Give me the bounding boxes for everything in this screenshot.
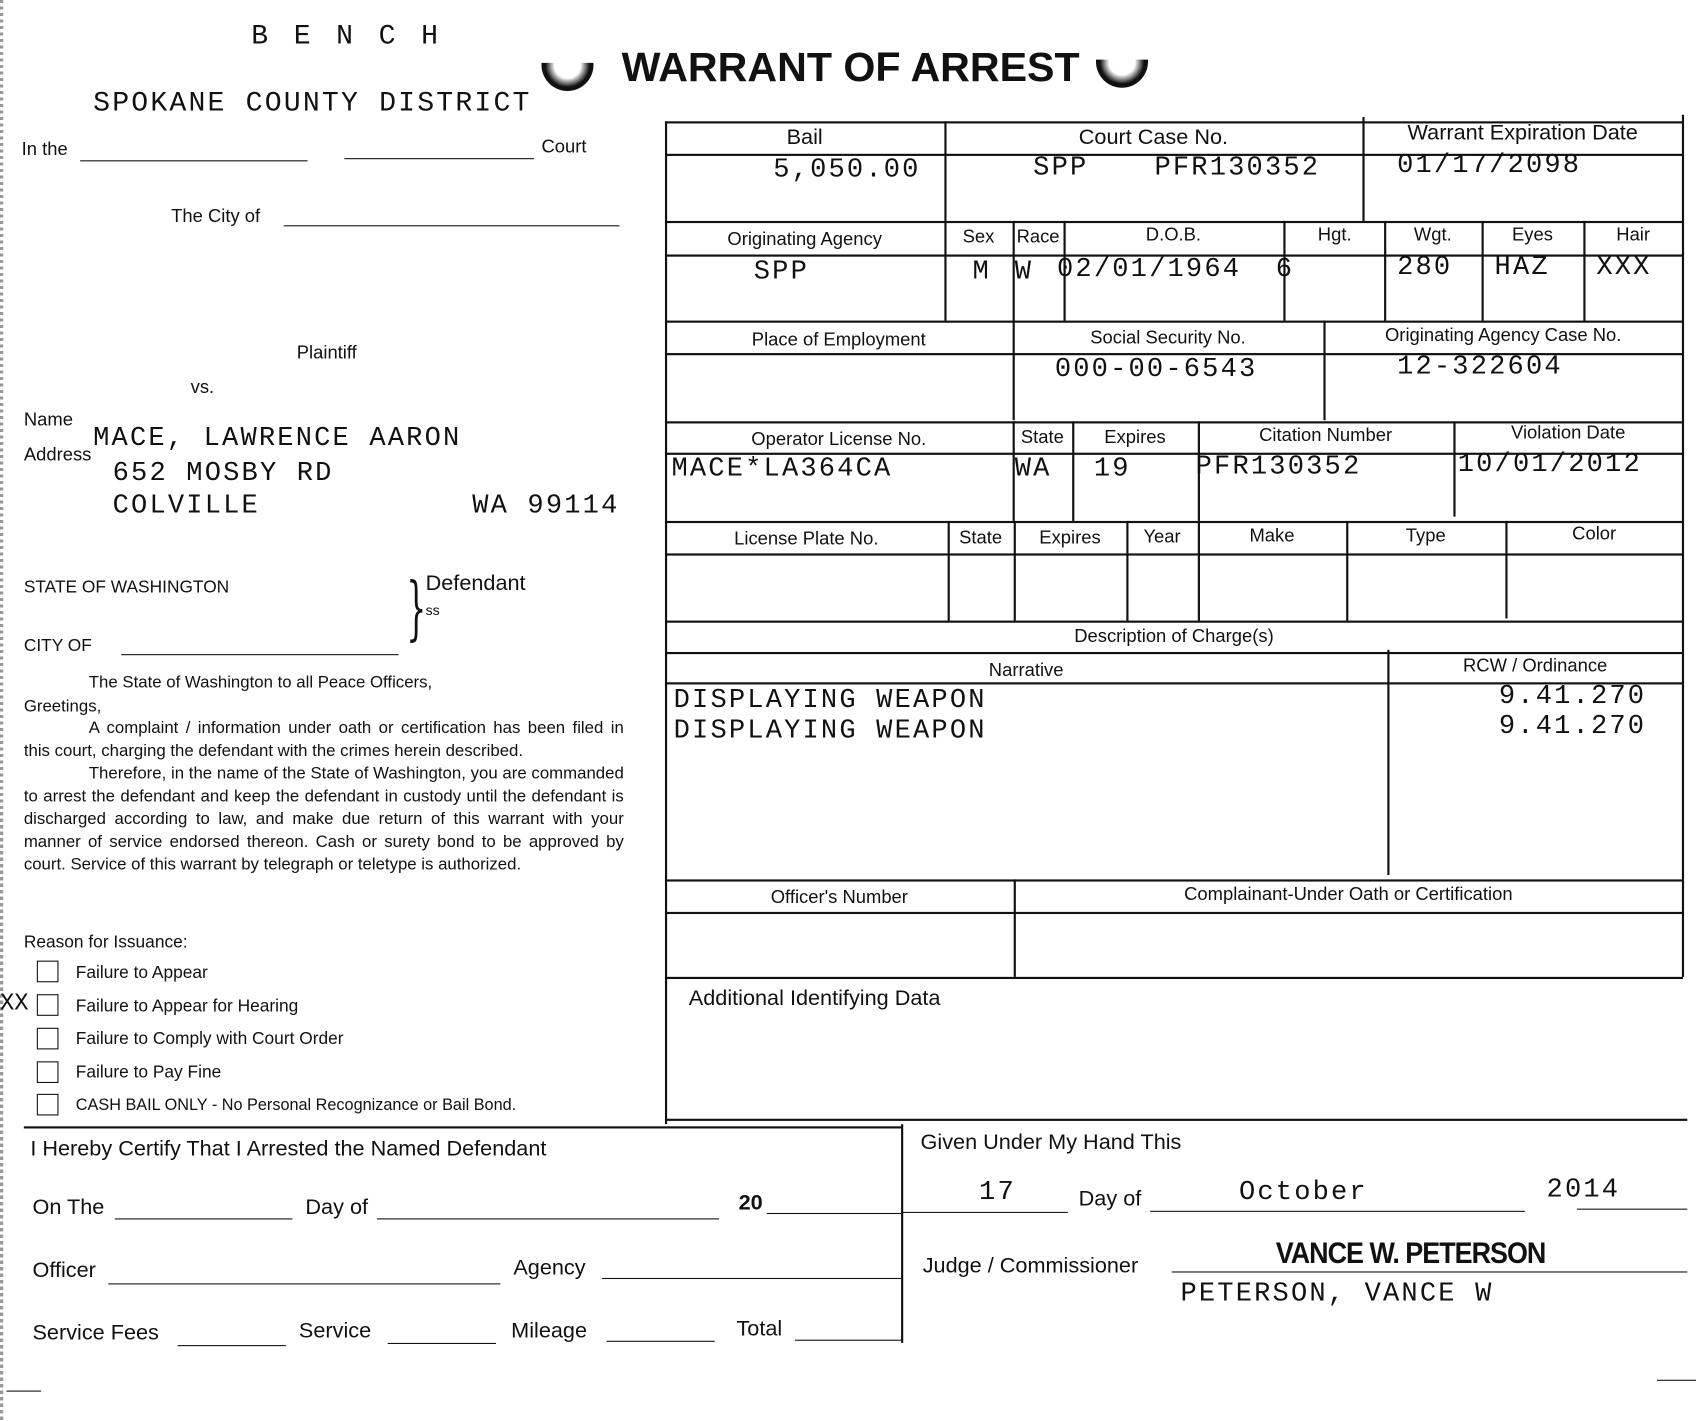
given-month-field[interactable] xyxy=(1150,1211,1525,1212)
court-case-value: PFR130352 xyxy=(1154,152,1320,183)
city-of-jurisdiction-label: CITY OF xyxy=(24,637,92,656)
court-case-label: Court Case No. xyxy=(944,126,1362,151)
on-the-label: On The xyxy=(32,1196,104,1221)
corner-mark xyxy=(6,1391,41,1392)
sex-label: Sex xyxy=(944,226,1012,248)
plate-state-label: State xyxy=(948,527,1014,549)
reason-label: Failure to Appear for Hearing xyxy=(76,997,299,1016)
checkbox-failure-to-appear-hearing[interactable] xyxy=(37,994,59,1016)
judge-label: Judge / Commissioner xyxy=(923,1254,1138,1279)
brace-icon: } xyxy=(406,574,426,643)
checkbox-failure-to-pay-fine[interactable] xyxy=(37,1061,59,1083)
op-expires-label: Expires xyxy=(1072,427,1198,449)
given-day-value: 17 xyxy=(979,1176,1016,1207)
expiration-value: 01/17/2098 xyxy=(1397,149,1581,180)
defendant-label: Defendant xyxy=(426,572,526,597)
complainant-label: Complainant-Under Oath or Certification xyxy=(1014,884,1683,906)
given-year-value: 2014 xyxy=(1547,1174,1621,1205)
violation-date-value: 10/01/2012 xyxy=(1458,448,1642,479)
row-line xyxy=(665,912,1683,914)
agency-value: SPP xyxy=(754,256,809,287)
sex-value: M xyxy=(973,256,991,287)
officer-label: Officer xyxy=(32,1258,95,1283)
name-label: Name xyxy=(24,409,73,431)
defendant-city: COLVILLE xyxy=(113,490,260,521)
page-title: WARRANT OF ARREST xyxy=(622,45,1080,92)
state-label: STATE OF WASHINGTON xyxy=(24,578,229,597)
agency-label: Originating Agency xyxy=(665,229,944,251)
color-label: Color xyxy=(1505,523,1683,545)
citation-label: Citation Number xyxy=(1198,425,1454,447)
hgt-label: Hgt. xyxy=(1283,224,1384,246)
charge-rcw: 9.41.270 xyxy=(1499,680,1646,711)
row-line xyxy=(665,621,1683,623)
in-the-label: In the xyxy=(22,139,68,161)
total-label: Total xyxy=(736,1317,782,1342)
charge-narrative: DISPLAYING WEAPON xyxy=(674,715,987,746)
hair-label: Hair xyxy=(1583,224,1683,246)
row-line xyxy=(665,879,1683,881)
officer-number-label: Officer's Number xyxy=(665,887,1014,909)
year-prefix: 20 xyxy=(739,1191,763,1216)
plate-expires-label: Expires xyxy=(1014,527,1127,549)
hgt-value: 6 xyxy=(1276,253,1294,284)
checkbox-failure-to-comply[interactable] xyxy=(37,1028,59,1050)
eyes-label: Eyes xyxy=(1482,224,1584,246)
scan-edge xyxy=(0,0,3,1421)
checkbox-failure-to-appear[interactable] xyxy=(37,961,59,983)
ssn-label: Social Security No. xyxy=(1013,327,1324,349)
ssn-value: 000-00-6543 xyxy=(1055,353,1258,384)
op-state-value: WA xyxy=(1015,453,1052,484)
seal-right-icon xyxy=(1096,60,1148,88)
plate-label: License Plate No. xyxy=(665,529,948,551)
service-label: Service xyxy=(299,1319,371,1344)
additional-data-label: Additional Identifying Data xyxy=(689,987,941,1012)
op-expires-value: 19 xyxy=(1094,453,1131,484)
eyes-value: HAZ xyxy=(1495,251,1550,282)
corner-mark xyxy=(1657,1380,1696,1381)
given-day-field[interactable] xyxy=(901,1212,1068,1213)
checked-mark: XX xyxy=(0,990,29,1017)
paragraph-command: Therefore, in the name of the State of W… xyxy=(24,762,624,876)
warrant-document: B E N C H SPOKANE COUNTY DISTRICT WARRAN… xyxy=(0,0,1696,1421)
total-field[interactable] xyxy=(795,1340,901,1341)
charge-narrative: DISPLAYING WEAPON xyxy=(674,684,987,715)
hair-value: XXX xyxy=(1596,251,1651,282)
type-label: Type xyxy=(1346,525,1505,547)
court-label: Court xyxy=(542,136,587,158)
seal-left-icon xyxy=(542,63,594,91)
city-of-label: The City of xyxy=(171,206,260,228)
salutation: The State of Washington to all Peace Off… xyxy=(89,674,432,693)
citation-value: PFR130352 xyxy=(1196,451,1362,482)
race-label: Race xyxy=(1013,226,1064,248)
day-of-label: Day of xyxy=(305,1196,368,1221)
judge-typed-name: PETERSON, VANCE W xyxy=(1180,1278,1493,1309)
hgt-label-text: Hgt. xyxy=(1318,224,1352,245)
service-fees-label: Service Fees xyxy=(32,1321,158,1346)
col-line xyxy=(901,1124,903,1343)
given-title: Given Under My Hand This xyxy=(921,1131,1182,1156)
reason-label: Failure to Comply with Court Order xyxy=(76,1030,344,1049)
bail-value: 5,050.00 xyxy=(773,154,920,185)
reasons-title: Reason for Issuance: xyxy=(24,934,188,953)
service-fees-field[interactable] xyxy=(178,1345,286,1346)
paragraph-complaint: A complaint / information under oath or … xyxy=(24,717,624,762)
city-jurisdiction-line[interactable] xyxy=(121,654,398,655)
dob-label: D.O.B. xyxy=(1064,224,1284,246)
court-line-2[interactable] xyxy=(344,158,534,159)
greetings: Greetings, xyxy=(24,697,101,716)
arrest-day-field[interactable] xyxy=(115,1218,293,1219)
rcw-label: RCW / Ordinance xyxy=(1387,655,1683,677)
given-year-field[interactable] xyxy=(1577,1209,1687,1210)
given-day-of-label: Day of xyxy=(1079,1187,1142,1212)
make-label: Make xyxy=(1198,525,1346,547)
city-line[interactable] xyxy=(284,225,620,226)
officer-field[interactable] xyxy=(108,1283,500,1284)
op-state-label: State xyxy=(1013,427,1073,449)
row-line xyxy=(665,1119,1687,1121)
certify-title: I Hereby Certify That I Arrested the Nam… xyxy=(30,1137,546,1162)
row-line xyxy=(665,652,1683,654)
charges-title: Description of Charge(s) xyxy=(665,626,1683,648)
op-license-value: MACE*LA364CA xyxy=(671,453,892,484)
row-line xyxy=(24,1126,901,1128)
judge-signature: VANCE W. PETERSON xyxy=(1276,1237,1546,1271)
address-label: Address xyxy=(24,444,92,466)
court-case-prefix: SPP xyxy=(1033,152,1088,183)
expiration-label: Warrant Expiration Date xyxy=(1362,121,1683,146)
agency-label-return: Agency xyxy=(513,1256,585,1281)
agency-case-label: Originating Agency Case No. xyxy=(1323,325,1683,347)
charge-rcw: 9.41.270 xyxy=(1499,710,1646,741)
plaintiff-label: Plaintiff xyxy=(297,342,357,364)
agency-field[interactable] xyxy=(602,1278,901,1279)
employment-label: Place of Employment xyxy=(665,329,1013,351)
court-name: SPOKANE COUNTY DISTRICT xyxy=(93,87,531,119)
dob-value: 02/01/1964 xyxy=(1057,253,1241,284)
vs-label: vs. xyxy=(191,377,215,399)
reason-label: Failure to Pay Fine xyxy=(76,1064,221,1083)
narrative-label: Narrative xyxy=(665,660,1387,682)
race-value: W xyxy=(1015,256,1033,287)
ss-label: ss xyxy=(426,602,440,618)
mileage-field[interactable] xyxy=(606,1341,714,1342)
defendant-name: MACE, LAWRENCE AARON xyxy=(93,422,461,453)
wgt-label: Wgt. xyxy=(1384,224,1481,246)
service-field[interactable] xyxy=(388,1343,496,1344)
row-line xyxy=(665,977,1683,979)
agency-case-value: 12-322604 xyxy=(1397,351,1563,382)
wgt-value: 280 xyxy=(1397,251,1452,282)
judge-signature-line[interactable] xyxy=(1172,1271,1688,1272)
reason-label: Failure to Appear xyxy=(76,964,208,983)
bail-label: Bail xyxy=(665,126,944,151)
reason-label: CASH BAIL ONLY - No Personal Recognizanc… xyxy=(76,1096,516,1114)
row-line xyxy=(665,321,1683,323)
court-type: B E N C H xyxy=(251,19,442,51)
defendant-street: 652 MOSBY RD xyxy=(113,457,334,488)
year-label: Year xyxy=(1126,526,1197,548)
row-line xyxy=(665,553,1683,555)
violation-date-label: Violation Date xyxy=(1453,422,1683,444)
mileage-label: Mileage xyxy=(511,1319,587,1344)
op-license-label: Operator License No. xyxy=(665,429,1013,451)
defendant-state-zip: WA 99114 xyxy=(472,490,619,521)
court-line-1[interactable] xyxy=(80,160,307,161)
given-month-value: October xyxy=(1239,1176,1368,1207)
arrest-year-field[interactable] xyxy=(767,1213,901,1214)
row-line xyxy=(665,221,1683,223)
checkbox-cash-bail-only[interactable] xyxy=(37,1094,59,1116)
arrest-month-field[interactable] xyxy=(377,1218,719,1219)
